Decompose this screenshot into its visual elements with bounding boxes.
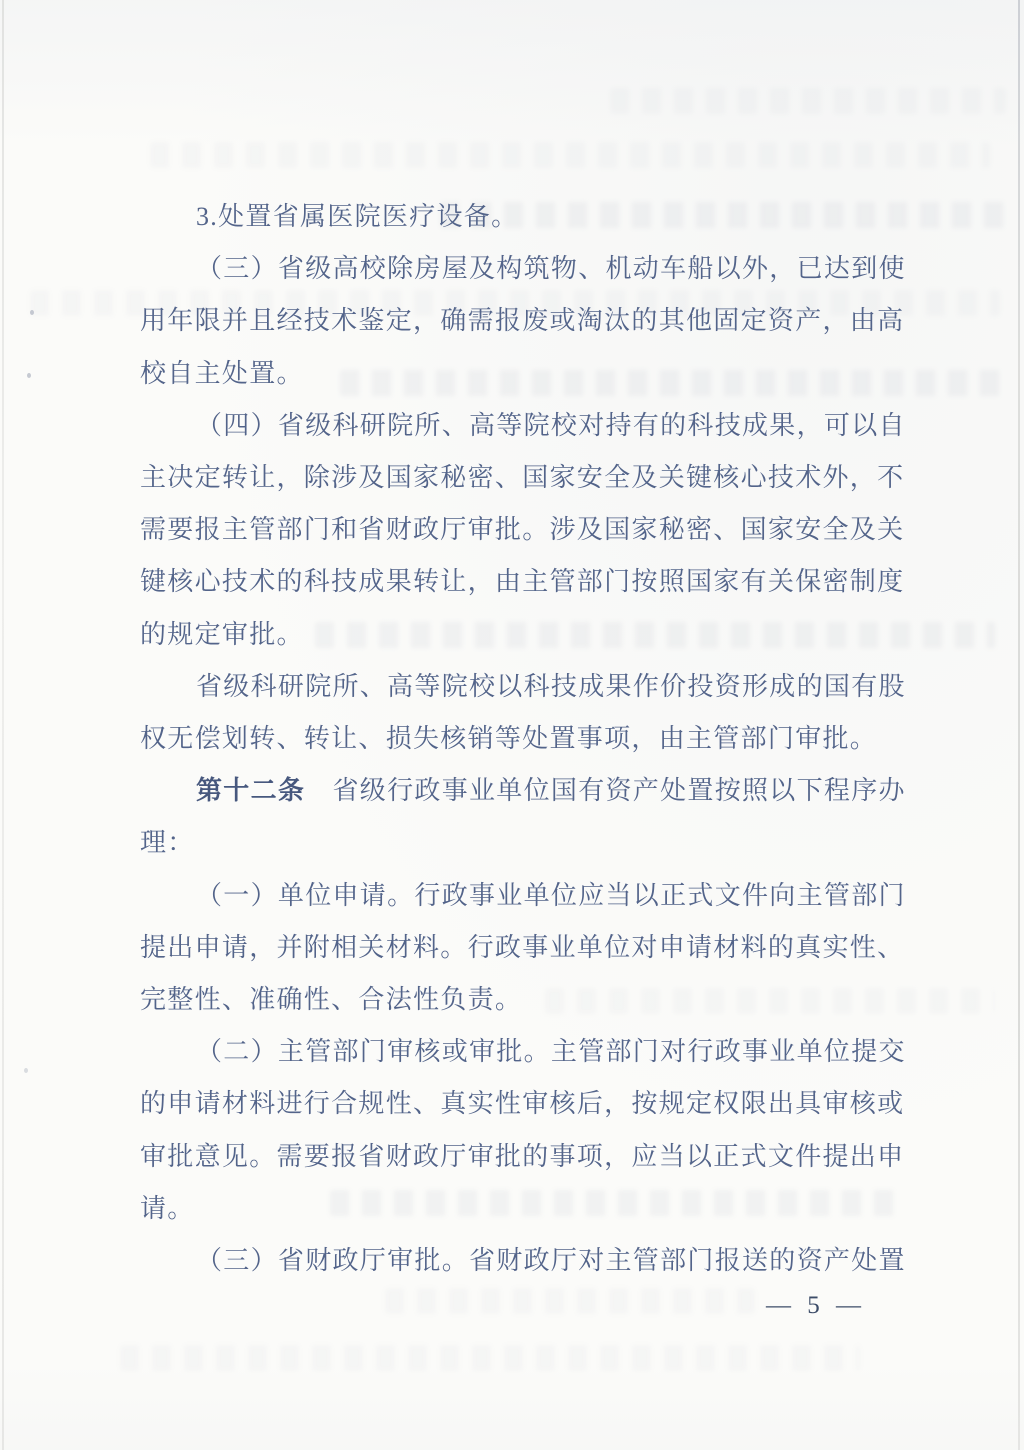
bleedthrough-ghost: [315, 622, 995, 648]
bleedthrough-ghost: [440, 202, 1006, 228]
text-segment: 完整性、准确性、合法性负责。: [140, 985, 522, 1014]
text-segment: 审批意见。需要报省财政厅审批的事项，应当以正式文件提出申: [140, 1142, 904, 1171]
text-segment: 的申请材料进行合规性、真实性审核后，按规定权限出具审核或: [140, 1089, 904, 1118]
text-segment: 3.处置省属医院医疗设备。: [196, 202, 518, 231]
text-segment: 请。: [140, 1194, 195, 1223]
text-line: 的申请材料进行合规性、真实性审核后，按规定权限出具审核或: [140, 1087, 904, 1121]
text-segment: 的规定审批。: [140, 620, 304, 649]
text-line: 键核心技术的科技成果转让，由主管部门按照国家有关保密制度: [140, 565, 904, 599]
text-segment: （三）省级高校除房屋及构筑物、机动车船以外，已达到使: [196, 254, 906, 283]
text-line: 的规定审批。: [140, 618, 304, 652]
text-line: 主决定转让，除涉及国家秘密、国家安全及关键核心技术外，不: [140, 461, 904, 495]
text-line: 第十二条 省级行政事业单位国有资产处置按照以下程序办: [196, 774, 906, 808]
text-line: 请。: [140, 1192, 195, 1226]
text-line: 需要报主管部门和省财政厅审批。涉及国家秘密、国家安全及关: [140, 513, 904, 547]
text-segment: （一）单位申请。行政事业单位应当以正式文件向主管部门: [196, 881, 906, 910]
bleedthrough-ghost: [340, 370, 1000, 396]
text-line: （三）省级高校除房屋及构筑物、机动车船以外，已达到使: [196, 252, 906, 286]
text-line: 3.处置省属医院医疗设备。: [196, 200, 518, 234]
text-line: 用年限并且经技术鉴定，确需报废或淘汰的其他固定资产，由高: [140, 304, 904, 338]
text-segment: 用年限并且经技术鉴定，确需报废或淘汰的其他固定资产，由高: [140, 306, 904, 335]
text-segment: 理：: [140, 828, 195, 857]
text-line: 提出申请，并附相关材料。行政事业单位对申请材料的真实性、: [140, 931, 904, 965]
bleedthrough-ghost: [545, 988, 995, 1014]
bleedthrough-ghost: [150, 142, 990, 168]
text-segment: 主决定转让，除涉及国家秘密、国家安全及关键核心技术外，不: [140, 463, 904, 492]
scan-speck: [27, 373, 31, 378]
text-line: （三）省财政厅审批。省财政厅对主管部门报送的资产处置: [196, 1244, 906, 1278]
text-segment: 需要报主管部门和省财政厅审批。涉及国家秘密、国家安全及关: [140, 515, 904, 544]
text-line: （四）省级科研院所、高等院校对持有的科技成果，可以自: [196, 409, 906, 443]
text-segment: 省级科研院所、高等院校以科技成果作价投资形成的国有股: [196, 672, 906, 701]
scan-edge-artifact-left: [2, 0, 4, 1450]
text-segment: 省级行政事业单位国有资产处置按照以下程序办: [305, 776, 906, 805]
bleedthrough-ghost: [330, 1190, 905, 1216]
scan-speck: [24, 1068, 28, 1073]
article-heading-bold: 第十二条: [196, 776, 305, 805]
text-segment: 权无偿划转、转让、损失核销等处置事项，由主管部门审批。: [140, 724, 877, 753]
text-segment: （二）主管部门审核或审批。主管部门对行政事业单位提交: [196, 1037, 906, 1066]
text-segment: （三）省财政厅审批。省财政厅对主管部门报送的资产处置: [196, 1246, 906, 1275]
text-line: （二）主管部门审核或审批。主管部门对行政事业单位提交: [196, 1035, 906, 1069]
bleedthrough-ghost: [120, 1345, 860, 1371]
text-line: 完整性、准确性、合法性负责。: [140, 983, 522, 1017]
text-line: 校自主处置。: [140, 357, 304, 391]
scan-edge-artifact-right: [1018, 0, 1020, 1450]
text-line: 权无偿划转、转让、损失核销等处置事项，由主管部门审批。: [140, 722, 877, 756]
scan-speck: [30, 310, 34, 315]
document-page: 3.处置省属医院医疗设备。（三）省级高校除房屋及构筑物、机动车船以外，已达到使用…: [0, 0, 1024, 1450]
text-segment: （四）省级科研院所、高等院校对持有的科技成果，可以自: [196, 411, 906, 440]
text-line: 理：: [140, 826, 195, 860]
text-line: 审批意见。需要报省财政厅审批的事项，应当以正式文件提出申: [140, 1140, 904, 1174]
text-line: （一）单位申请。行政事业单位应当以正式文件向主管部门: [196, 879, 906, 913]
text-segment: 校自主处置。: [140, 359, 304, 388]
text-segment: 提出申请，并附相关材料。行政事业单位对申请材料的真实性、: [140, 933, 904, 962]
bleedthrough-ghost: [385, 1288, 755, 1314]
page-number: — 5 —: [766, 1292, 866, 1320]
text-segment: 键核心技术的科技成果转让，由主管部门按照国家有关保密制度: [140, 567, 904, 596]
bleedthrough-ghost: [610, 88, 1006, 114]
text-line: 省级科研院所、高等院校以科技成果作价投资形成的国有股: [196, 670, 906, 704]
